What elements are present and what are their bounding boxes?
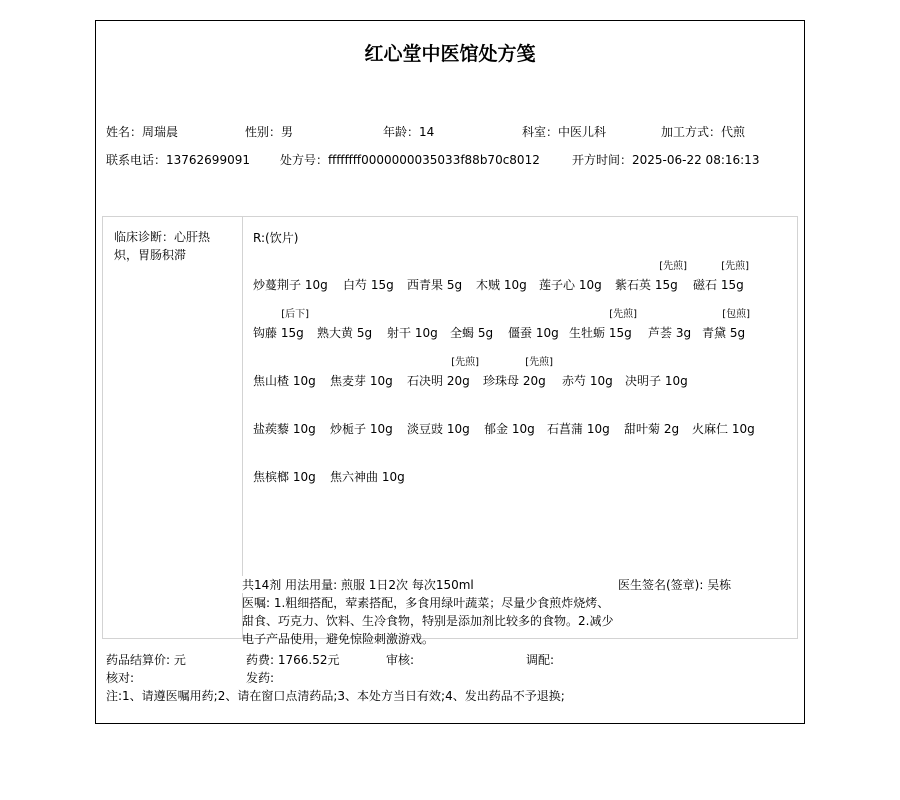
herb-item: [先煎]石决明 20g <box>407 353 479 393</box>
herb-item: 莲子心 10g <box>539 257 611 297</box>
herb-item: 焦槟榔 10g <box>253 449 323 489</box>
herb-item: 僵蚕 10g <box>508 305 564 345</box>
herb-item: 火麻仁 10g <box>692 401 762 441</box>
herb-item: [先煎]珍珠母 20g <box>483 353 553 393</box>
herb-item: 芦荟 3g <box>648 305 696 345</box>
clinical-diagnosis: 临床诊断：心肝热炽，胃肠积滞 <box>114 228 232 264</box>
herb-item: 郁金 10g <box>484 401 542 441</box>
herb-item: [先煎]生牡蛎 15g <box>569 305 637 345</box>
herb-item: 石菖蒲 10g <box>547 401 617 441</box>
herb-item: [后下]钩藤 15g <box>253 305 309 345</box>
rx-time: 开方时间：2025-06-22 08:16:13 <box>572 151 759 168</box>
department: 科室：中医儿科 <box>522 123 606 140</box>
patient-age: 年龄：14 <box>383 123 434 140</box>
diagnosis-column: 临床诊断：心肝热炽，胃肠积滞 <box>103 217 243 638</box>
herb-item: 焦六神曲 10g <box>330 449 412 489</box>
herb-item: 西青果 5g <box>407 257 475 297</box>
herb-item: [先煎]磁石 15g <box>693 257 749 297</box>
patient-name: 姓名：周瑞晨 <box>106 123 178 140</box>
herb-item: 盐蒺藜 10g <box>253 401 323 441</box>
herb-item: 焦山楂 10g <box>253 353 323 393</box>
page-title: 红心堂中医馆处方笺 <box>96 39 804 66</box>
drug-fee: 药费: 1766.52元 <box>246 651 339 668</box>
notes-text: 注:1、请遵医嘱用药;2、请在窗口点清药品;3、本处方当日有效;4、发出药品不予… <box>106 687 565 704</box>
medical-advice: 医嘱: 1.粗细搭配，荤素搭配，多食用绿叶蔬菜；尽量少食煎炸烧烤、甜食、巧克力、… <box>242 594 616 648</box>
patient-phone: 联系电话：13762699091 <box>106 151 250 168</box>
herb-item: 射干 10g <box>387 305 443 345</box>
herb-item: [先煎]紫石英 15g <box>615 257 687 297</box>
herb-item: 甜叶菊 2g <box>624 401 682 441</box>
herb-item: 炒栀子 10g <box>330 401 400 441</box>
prescription-sheet: 红心堂中医馆处方笺 姓名：周瑞晨 性别：男 年龄：14 科室：中医儿科 加工方式… <box>95 20 805 724</box>
herb-item: 炒蔓荆子 10g <box>253 257 341 297</box>
rx-number: 处方号：ffffffff0000000035033f88b70c8012 <box>280 151 540 168</box>
herb-item: 决明子 10g <box>625 353 695 393</box>
patient-gender: 性别：男 <box>245 123 293 140</box>
herb-item: 焦麦芽 10g <box>330 353 400 393</box>
herb-item: 赤芍 10g <box>562 353 618 393</box>
dispense-prep-label: 调配: <box>526 651 554 668</box>
herb-item: 白芍 15g <box>343 257 407 297</box>
herb-item: 木贼 10g <box>476 257 536 297</box>
herb-item: 全蝎 5g <box>450 305 498 345</box>
check-label: 核对: <box>106 669 134 686</box>
doctor-signature: 医生签名(签章): 吴栋 <box>618 576 731 593</box>
dispense-label: 发药: <box>246 669 274 686</box>
herb-item: 淡豆豉 10g <box>407 401 477 441</box>
herb-item: [包煎]青黛 5g <box>702 305 750 345</box>
review-label: 审核: <box>386 651 414 668</box>
processing-method: 加工方式：代煎 <box>661 123 745 140</box>
settle-price: 药品结算价: 元 <box>106 651 186 668</box>
herb-item: 熟大黄 5g <box>317 305 381 345</box>
rx-label: R:(饮片) <box>253 229 298 246</box>
usage-dosage: 共14剂 用法用量: 煎服 1日2次 每次150ml <box>242 576 474 593</box>
